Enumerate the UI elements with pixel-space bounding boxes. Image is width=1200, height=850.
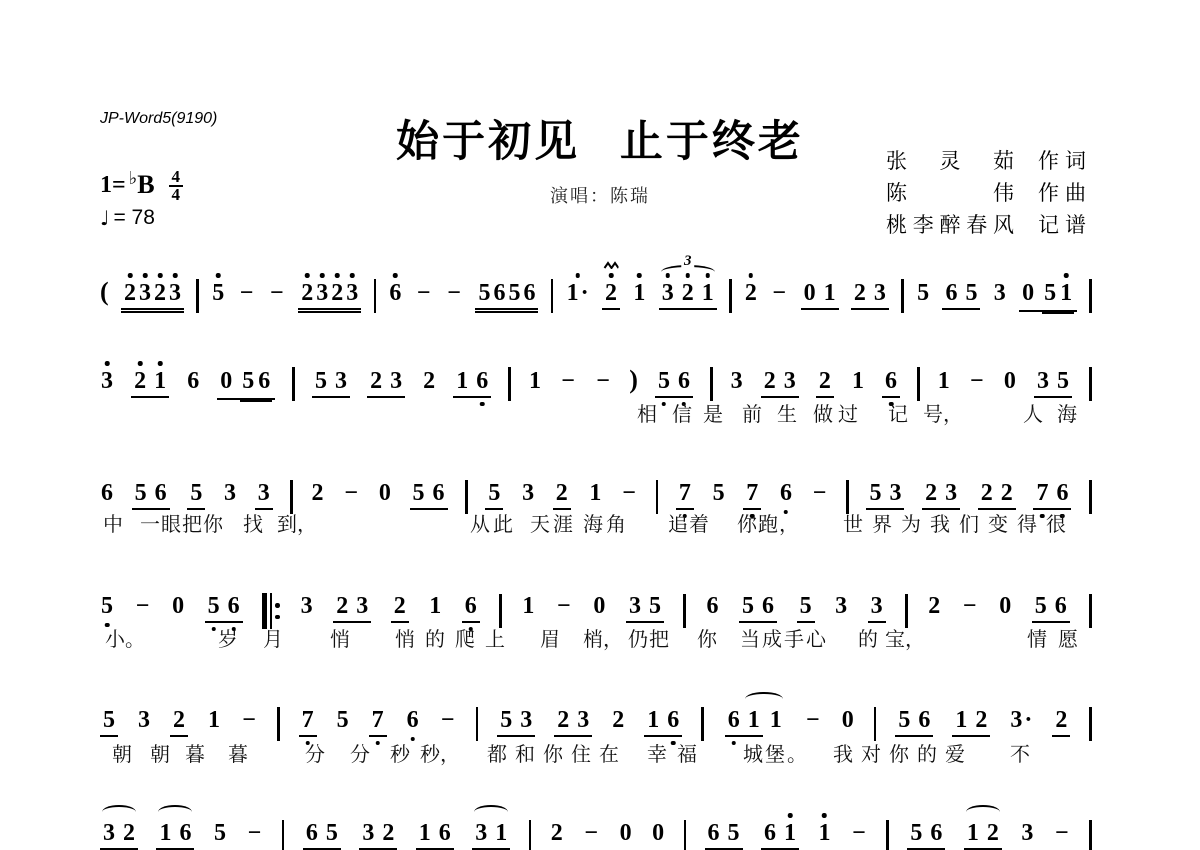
- note: 1: [701, 280, 715, 306]
- barline: [886, 820, 889, 850]
- note: 6: [406, 707, 420, 733]
- notation-row-2: 321605653232161−−)563232161−035: [100, 367, 1092, 401]
- barline: [901, 279, 904, 313]
- barline: [282, 820, 285, 850]
- credits-block: 张灵茹作词陈伟作曲桃李醉春风记谱: [886, 144, 1092, 240]
- meter-denominator: 4: [169, 187, 184, 203]
- note-group: 23: [367, 368, 405, 398]
- note-group: 23: [761, 368, 799, 398]
- rest-note: 0: [1021, 280, 1035, 306]
- note: 5: [100, 593, 114, 619]
- note: 2: [422, 368, 436, 394]
- dash-extender: −: [961, 593, 979, 619]
- lyric-syllable: 朝: [112, 738, 132, 767]
- note-group: 7: [743, 480, 761, 510]
- note: 5: [507, 280, 521, 306]
- credit-name-char: 醉: [940, 209, 961, 239]
- barline: [1089, 279, 1092, 313]
- note: 7: [678, 480, 692, 506]
- note-group: 65: [303, 820, 341, 850]
- note: 2: [393, 593, 407, 619]
- lyric-syllable: 从此: [470, 508, 516, 537]
- lyric-syllable: 中: [103, 508, 123, 537]
- note-group: 32: [359, 820, 397, 850]
- credit-name-char: 风: [993, 209, 1014, 239]
- note: 3: [783, 368, 797, 394]
- note: 5: [916, 280, 930, 306]
- quarter-note-icon: ♩: [100, 206, 109, 230]
- note-group: 12: [952, 707, 990, 737]
- key-signature: 1= ♭ B 4 4: [100, 168, 183, 202]
- sheet-page: JP-Word5(9190) 始于初见 止于终老 演唱：陈瑞 张灵茹作词陈伟作曲…: [0, 0, 1200, 850]
- note-group: 61: [725, 707, 763, 737]
- note: 3: [661, 280, 675, 306]
- credit-role: 作曲: [1038, 177, 1092, 207]
- lyric-syllable: 眉: [540, 623, 560, 652]
- note: 5: [712, 480, 726, 506]
- note: 7: [1035, 480, 1049, 506]
- credit-name: 桃李醉春风: [886, 209, 1014, 239]
- note: 6: [779, 480, 793, 506]
- note: 2: [330, 280, 344, 306]
- note: 6: [727, 707, 741, 733]
- rest-note: 0: [651, 820, 665, 846]
- lyric-syllable: 分: [305, 738, 325, 767]
- lyric-syllable: 前: [742, 398, 762, 427]
- lyric-syllable: 记: [888, 398, 908, 427]
- note-group: 3: [255, 480, 273, 510]
- dash-extender: −: [268, 280, 286, 306]
- note: 3: [628, 593, 642, 619]
- note-group: 7: [676, 480, 694, 510]
- note-group: 53: [866, 480, 904, 510]
- dash-extender: −: [1053, 820, 1071, 846]
- note: 3: [1020, 820, 1034, 846]
- tempo-marking: ♩ = 78: [100, 206, 155, 230]
- lyric-syllable: 是: [703, 398, 723, 427]
- dash-extender: −: [850, 820, 868, 846]
- lyric-syllable: 生: [777, 398, 797, 427]
- lyric-syllable: 月: [263, 623, 283, 652]
- rest-note: 0: [841, 707, 855, 733]
- note: 2: [1000, 480, 1014, 506]
- note: 2: [986, 820, 1000, 846]
- lyric-syllable: 世界为我们变得很: [843, 508, 1075, 537]
- note-group: 23: [333, 593, 371, 623]
- note: 3: [519, 707, 533, 733]
- note: 5: [487, 480, 501, 506]
- note-group: 23: [922, 480, 960, 510]
- dash-extender: −: [594, 368, 612, 394]
- note-group: 6: [882, 368, 900, 398]
- lyric-syllable: 找: [243, 508, 263, 537]
- note: 3: [873, 280, 887, 306]
- credit-name-char: 伟: [993, 177, 1014, 207]
- note: 3: [361, 820, 375, 846]
- barline: [1089, 367, 1092, 401]
- lyric-syllable: 我对你的爱: [833, 738, 973, 767]
- note: 5: [1056, 368, 1070, 394]
- lyric-syllable: 天涯: [530, 508, 576, 537]
- note: 3: [993, 280, 1007, 306]
- note: 6: [475, 368, 489, 394]
- dash-extender: −: [582, 820, 600, 846]
- note-group: 56: [1032, 593, 1070, 623]
- barline: [551, 279, 554, 313]
- note: 1: [153, 368, 167, 394]
- lyric-syllable: 梢，: [583, 623, 623, 652]
- note: 1: [646, 707, 660, 733]
- note-group: 2: [553, 480, 571, 510]
- note-group: 2: [170, 707, 188, 737]
- notation-row-5: 5321−7576−5323216611−056123·2: [100, 707, 1092, 741]
- note: 6: [706, 593, 720, 619]
- barline: [508, 367, 511, 401]
- lyric-syllable: 做: [813, 398, 833, 427]
- note: 5: [868, 480, 882, 506]
- duration-dot: ·: [581, 280, 589, 306]
- lyric-syllable: 岁: [218, 623, 238, 652]
- dash-extender: −: [245, 820, 263, 846]
- note: 3: [355, 593, 369, 619]
- barline: [874, 707, 877, 741]
- note-group: 65: [942, 280, 980, 310]
- note: 5: [336, 707, 350, 733]
- credit-row: 张灵茹作词: [886, 144, 1092, 176]
- dash-extender: −: [968, 368, 986, 394]
- note-group: 21: [131, 368, 169, 398]
- note: 3: [474, 820, 488, 846]
- note: 1: [823, 280, 837, 306]
- note-group-slur: 611: [723, 707, 785, 741]
- lyric-syllable: 小。: [105, 623, 145, 652]
- dash-extender: −: [559, 368, 577, 394]
- note: 7: [745, 480, 759, 506]
- dash-extender: −: [439, 707, 457, 733]
- credit-name-char: 灵: [940, 145, 961, 175]
- note: 3: [944, 480, 958, 506]
- note: 6: [178, 820, 192, 846]
- note: 2: [381, 820, 395, 846]
- note-group: 56: [655, 368, 693, 398]
- note-group: 53: [497, 707, 535, 737]
- dash-extender: −: [620, 480, 638, 506]
- note: 3: [834, 593, 848, 619]
- note: 5: [657, 368, 671, 394]
- lyric-syllable: 相: [637, 398, 657, 427]
- note: 3: [870, 593, 884, 619]
- parenthesis: ): [629, 367, 638, 393]
- note-group: 35: [626, 593, 664, 623]
- note: 5: [1034, 593, 1048, 619]
- note: 1: [817, 820, 831, 846]
- barline: [917, 367, 920, 401]
- note: 5: [314, 368, 328, 394]
- rest-note: 0: [378, 480, 392, 506]
- note: 5: [477, 280, 491, 306]
- notation-row-1: (23235−−23236−−56561·2132132−01235653051: [100, 279, 1092, 313]
- note: 1: [588, 480, 602, 506]
- note: 1: [494, 820, 508, 846]
- note: 2: [763, 368, 777, 394]
- note: 6: [929, 820, 943, 846]
- note: 6: [388, 280, 402, 306]
- lyrics-row-3: 中一眼把你找到，从此天涯海角追着你跑，世界为我们变得很: [100, 508, 1100, 534]
- lyric-syllable: 秒: [390, 738, 410, 767]
- note: 1: [521, 593, 535, 619]
- note: 6: [761, 593, 775, 619]
- note: 6: [944, 280, 958, 306]
- note: 1: [418, 820, 432, 846]
- credit-name: 张灵茹: [886, 145, 1014, 175]
- credit-name-char: 茹: [993, 145, 1014, 175]
- note: 2: [744, 280, 758, 306]
- note: 5: [909, 820, 923, 846]
- repeat-dot: [275, 615, 280, 620]
- note-group-slur: 32: [100, 820, 138, 850]
- note: 6: [763, 820, 777, 846]
- lyric-syllable: 幸: [647, 738, 667, 767]
- note: 6: [492, 280, 506, 306]
- note: 6: [432, 480, 446, 506]
- note-group: 5: [797, 593, 815, 623]
- note: 3: [334, 368, 348, 394]
- lyric-syllable: 分: [350, 738, 370, 767]
- note: 3: [138, 280, 152, 306]
- note-group: 7: [299, 707, 317, 737]
- barline: [277, 707, 280, 741]
- note: 1: [428, 593, 442, 619]
- note-group: 5: [485, 480, 503, 510]
- note-group: 2: [602, 280, 620, 310]
- repeat-dot: [275, 603, 280, 608]
- lyric-syllable: 福: [677, 738, 697, 767]
- note-group: 56: [739, 593, 777, 623]
- note: 3: [315, 280, 329, 306]
- note: 2: [300, 280, 314, 306]
- note: 2: [122, 820, 136, 846]
- note: 3: [300, 593, 314, 619]
- note: 5: [213, 820, 227, 846]
- note: 3·: [1009, 707, 1033, 734]
- note: 2: [153, 280, 167, 306]
- dash-extender: −: [811, 480, 829, 506]
- credit-row: 陈伟作曲: [886, 176, 1092, 208]
- lyric-syllable: 人: [1023, 398, 1043, 427]
- note: 1: [954, 707, 968, 733]
- note-group: 56: [132, 480, 170, 510]
- note-group: 56: [895, 707, 933, 737]
- note-group: 2: [1052, 707, 1070, 737]
- note: 5: [134, 480, 148, 506]
- note: 1·: [566, 280, 590, 307]
- note: 5: [241, 368, 255, 394]
- tempo-value: = 78: [113, 206, 154, 230]
- lyric-syllable: 海角: [583, 508, 629, 537]
- note: 6: [884, 368, 898, 394]
- barline: [196, 279, 199, 313]
- lyric-syllable: 暮: [228, 738, 248, 767]
- note: 5: [325, 820, 339, 846]
- note-group: 16: [416, 820, 454, 850]
- lyric-syllable: 到，: [277, 508, 317, 537]
- note: 1: [1059, 280, 1073, 306]
- lyrics-row-4: 小。岁月悄悄的爬上眉梢，仍把你当成手心的宝，情愿: [100, 623, 1100, 649]
- lyric-syllable: 号，: [923, 398, 963, 427]
- note-group: 056: [217, 368, 275, 400]
- note: 2: [853, 280, 867, 306]
- dash-extender: −: [415, 280, 433, 306]
- credit-role: 记谱: [1038, 209, 1092, 239]
- dash-extender: −: [240, 707, 258, 733]
- barline: [374, 279, 377, 313]
- note: 5: [799, 593, 813, 619]
- note: 6: [464, 593, 478, 619]
- barline: [710, 367, 713, 401]
- note-group: 3: [868, 593, 886, 623]
- lyric-syllable: 悄的爬上: [395, 623, 515, 652]
- lyric-syllable: 一眼把你: [140, 508, 224, 537]
- note: 6: [227, 593, 241, 619]
- note: 6: [100, 480, 114, 506]
- lyric-syllable: 追着: [668, 508, 710, 537]
- note: 5: [964, 280, 978, 306]
- barline: [1089, 820, 1092, 850]
- note-group: 2: [391, 593, 409, 623]
- note-group: 22: [978, 480, 1016, 510]
- note: 2: [123, 280, 137, 306]
- note-group: 56: [907, 820, 945, 850]
- note: 2: [924, 480, 938, 506]
- lyric-syllable: 你跑，: [737, 508, 800, 537]
- key-prefix: 1=: [100, 172, 126, 199]
- note: 6: [522, 280, 536, 306]
- key-tonic: B: [137, 170, 154, 200]
- note: 3: [389, 368, 403, 394]
- parenthesis: (: [100, 279, 109, 305]
- credit-name-char: 张: [886, 145, 907, 175]
- note: 6: [438, 820, 452, 846]
- note-group: 16: [453, 368, 491, 398]
- note: 6: [917, 707, 931, 733]
- barline: [701, 707, 704, 741]
- credit-row: 桃李醉春风记谱: [886, 208, 1092, 240]
- note: 5: [189, 480, 203, 506]
- credit-role: 作词: [1038, 145, 1092, 175]
- note: 5: [648, 593, 662, 619]
- lyric-syllable: 城堡。: [743, 738, 809, 767]
- note: 1: [851, 368, 865, 394]
- note-group: 7: [369, 707, 387, 737]
- note: 2: [311, 480, 325, 506]
- note: 3: [576, 707, 590, 733]
- lyric-syllable: 当成手心: [740, 623, 828, 652]
- time-signature: 4 4: [169, 169, 184, 203]
- note-group: 2323: [298, 280, 361, 310]
- note: 1: [769, 707, 783, 733]
- note: 2: [550, 820, 564, 846]
- note: 3: [137, 707, 151, 733]
- credit-name-char: 桃: [886, 209, 907, 239]
- rest-note: 0: [171, 593, 185, 619]
- note-group-slur: 31: [472, 820, 510, 850]
- note: 5: [897, 707, 911, 733]
- note: 6: [257, 368, 271, 394]
- lyric-syllable: 仍把: [628, 623, 670, 652]
- note: 6: [305, 820, 319, 846]
- note-group-slur: 16: [156, 820, 194, 850]
- lyric-syllable: 的: [858, 623, 878, 652]
- lyric-syllable: 海: [1057, 398, 1077, 427]
- rest-note: 0: [803, 280, 817, 306]
- note: 6: [186, 368, 200, 394]
- lyric-syllable: 都和你住在: [487, 738, 627, 767]
- note: 2: [133, 368, 147, 394]
- lyrics-row-5: 朝朝暮暮分分秒秒，都和你住在幸福城堡。我对你的爱不: [100, 738, 1100, 764]
- rest-note: 0: [219, 368, 233, 394]
- dash-extender: −: [770, 280, 788, 306]
- rest-note: 0: [619, 820, 633, 846]
- note: 1: [747, 707, 761, 733]
- note: 2: [927, 593, 941, 619]
- dash-extender: −: [134, 593, 152, 619]
- note-group: 051: [1019, 280, 1077, 312]
- note: 2: [555, 480, 569, 506]
- note-group: 53: [312, 368, 350, 398]
- note: 5: [207, 593, 221, 619]
- lyric-syllable: 你: [697, 623, 717, 652]
- dash-extender: −: [804, 707, 822, 733]
- duration-dot: ·: [1024, 707, 1032, 733]
- note: 7: [371, 707, 385, 733]
- credit-name-char: 春: [966, 209, 987, 239]
- note: 3: [888, 480, 902, 506]
- note: 2: [369, 368, 383, 394]
- note: 6: [707, 820, 721, 846]
- note-group: 2323: [121, 280, 184, 310]
- note-group: 23: [851, 280, 889, 310]
- note: 3: [345, 280, 359, 306]
- note-group: 76: [1033, 480, 1071, 510]
- note-group: 5: [187, 480, 205, 510]
- note: 1: [207, 707, 221, 733]
- lyric-syllable: 朝: [150, 738, 170, 767]
- note-group: 51: [1041, 280, 1075, 308]
- barline: [529, 820, 532, 850]
- note: 7: [301, 707, 315, 733]
- note: 3: [257, 480, 271, 506]
- lyric-syllable: 不: [1010, 738, 1030, 767]
- note: 5: [499, 707, 513, 733]
- dash-extender: −: [445, 280, 463, 306]
- note-group: 56: [410, 480, 448, 510]
- lyric-syllable: 愿: [1058, 623, 1078, 652]
- note: 6: [677, 368, 691, 394]
- lyric-syllable: 信: [672, 398, 692, 427]
- note-group: 65: [705, 820, 743, 850]
- dash-extender: −: [342, 480, 360, 506]
- note: 1: [966, 820, 980, 846]
- note: 2: [611, 707, 625, 733]
- note-group-slur: 3213: [659, 280, 717, 310]
- note: 5: [1043, 280, 1057, 306]
- note: 2: [980, 480, 994, 506]
- flat-icon: ♭: [129, 168, 138, 189]
- lyric-syllable: 情: [1027, 623, 1047, 652]
- barline: [476, 707, 479, 741]
- lyric-syllable: 过: [838, 398, 858, 427]
- credit-name: 陈伟: [886, 177, 1014, 207]
